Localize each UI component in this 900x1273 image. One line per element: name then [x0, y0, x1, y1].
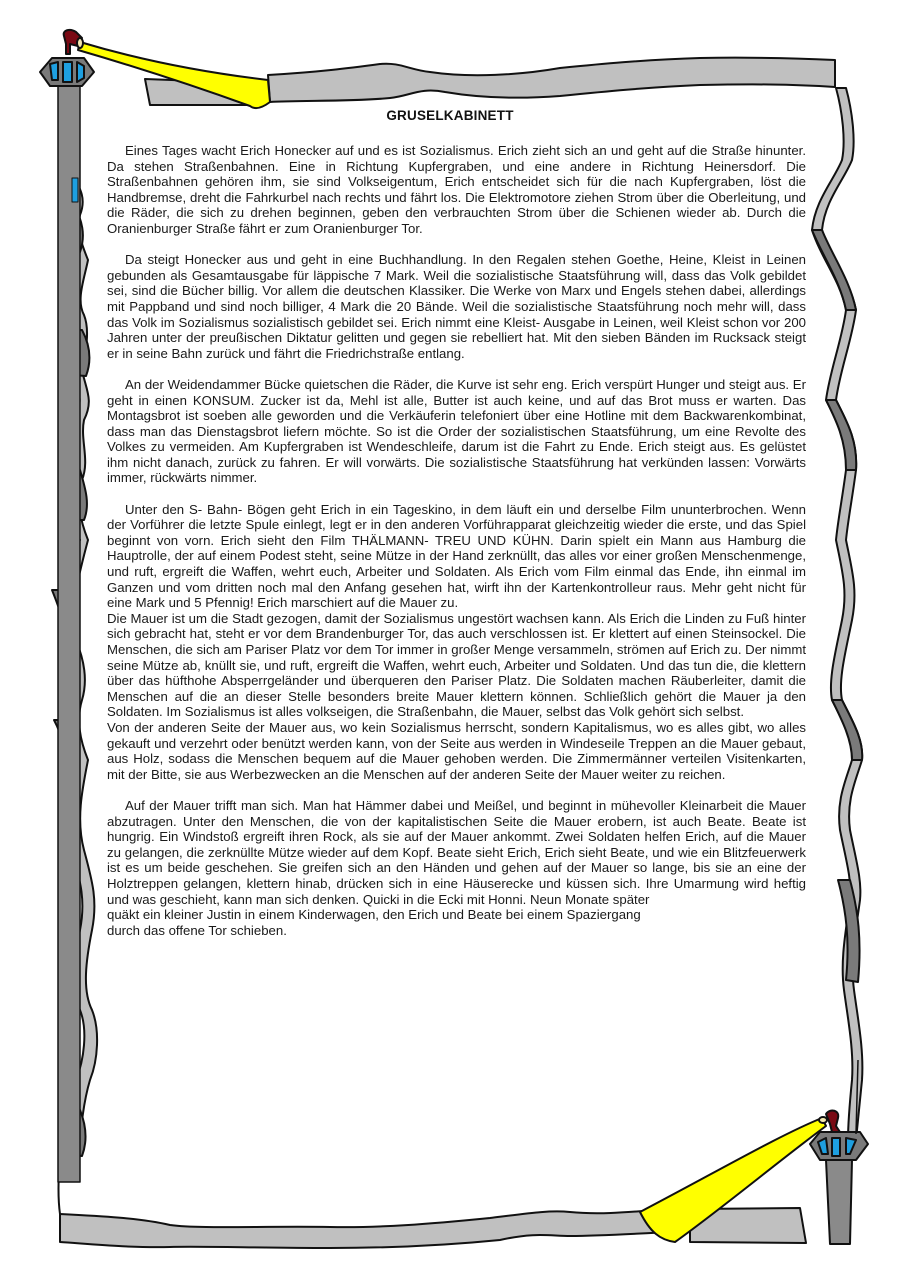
lamp-head — [826, 1111, 840, 1132]
paragraph-4: Unter den S- Bahn- Bögen geht Erich in e… — [107, 502, 806, 611]
story-text: Eines Tages wacht Erich Honecker auf und… — [107, 143, 806, 938]
paragraph-7: Auf der Mauer trifft man sich. Man hat H… — [107, 798, 806, 907]
lamp-post — [58, 82, 80, 1182]
paragraph-6: Von der anderen Seite der Mauer aus, wo … — [107, 720, 806, 782]
bottom-scroll-band — [60, 1209, 670, 1248]
page-title: GRUSELKABINETT — [0, 108, 900, 123]
lamp-window-middle — [63, 62, 72, 82]
paragraph-2: Da steigt Honecker aus und geht in eine … — [107, 252, 806, 361]
lamp-window-middle — [832, 1138, 840, 1156]
paragraph-3: An der Weidendammer Bücke quietschen die… — [107, 377, 806, 486]
paragraph-7-continuation: quäkt ein kleiner Justin in einem Kinder… — [107, 907, 806, 923]
paragraph-5: Die Mauer ist um die Stadt gezogen, dami… — [107, 611, 806, 720]
top-scroll-band — [268, 58, 835, 102]
lamp-post — [826, 1160, 852, 1244]
lamp-window-left — [50, 62, 58, 80]
lamp-window-right — [77, 62, 84, 82]
paragraph-7-ending: durch das offene Tor schieben. — [107, 923, 806, 939]
paragraph-1: Eines Tages wacht Erich Honecker auf und… — [107, 143, 806, 237]
